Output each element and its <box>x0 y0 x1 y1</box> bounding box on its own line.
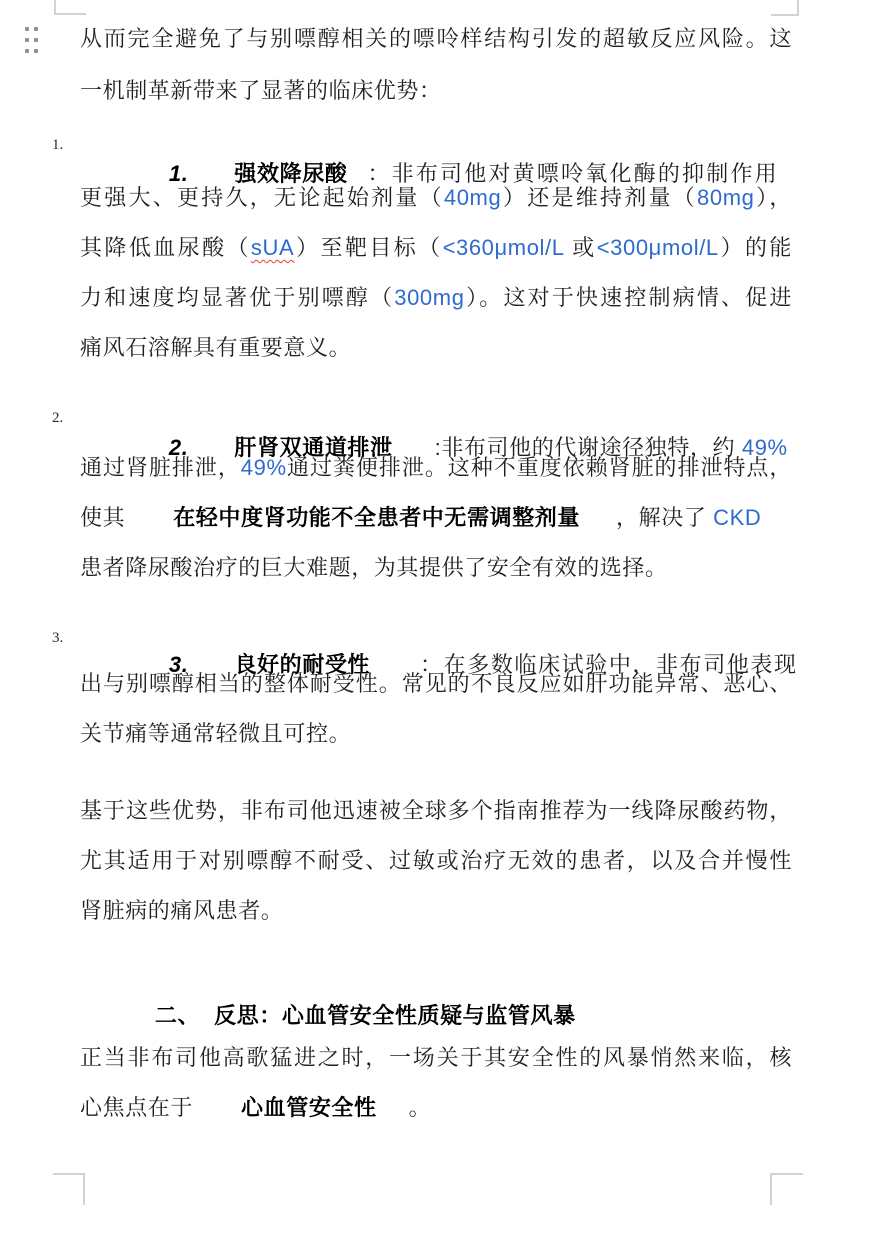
text-run: 从而完全避免了与别嘌醇相关的嘌呤样结构引发的超敏反应风险。这 <box>80 26 792 51</box>
text-run: 更强大、更持久，无论起始剂量（ <box>80 185 444 210</box>
paragraph-line: 患者降尿酸治疗的巨大难题，为其提供了安全有效的选择。 <box>80 553 792 583</box>
text-run: ）， <box>754 185 792 210</box>
tab-gap <box>107 179 169 181</box>
section-heading-number: 二、 <box>155 1003 200 1028</box>
tab-gap <box>377 1113 409 1115</box>
text-run: 基于这些优势，非布司他迅速被全球多个指南推荐为一线降尿酸药物， <box>80 798 792 823</box>
text-run: 。 <box>409 1095 432 1120</box>
paragraph-line: 更强大、更持久，无论起始剂量（40mg）还是维持剂量（80mg）， <box>80 183 792 213</box>
section-heading-text: 反思：心血管安全性质疑与监管风暴 <box>214 1003 576 1028</box>
document-page: 1. 2. 3. 从而完全避免了与别嘌醇相关的嘌呤样结构引发的超敏反应风险。这 … <box>0 0 872 1256</box>
paragraph-line: 使其在轻中度肾功能不全患者中无需调整剂量，解决了 CKD <box>80 503 792 533</box>
margin-corner-mark-bottom-left <box>53 1173 85 1205</box>
list-item-1-heading: 1.强效降尿酸：非布司他对黄嘌呤氧化酶的抑制作用 <box>80 129 792 159</box>
margin-corner-mark-bottom-right <box>770 1173 803 1205</box>
value-text: 40mg <box>444 185 501 210</box>
text-run: 使其 <box>80 505 125 530</box>
text-run: 其降低血尿酸（ <box>80 235 251 260</box>
margin-corner-mark-top-right <box>771 0 799 16</box>
list-item-3-heading: 3.良好的耐受性：在多数临床试验中，非布司他表现 <box>80 620 792 650</box>
text-run: 一机制革新带来了显著的临床优势： <box>80 78 442 103</box>
drag-handle-dot <box>25 27 29 31</box>
value-text: 80mg <box>697 185 754 210</box>
value-text: 300mg <box>394 285 464 310</box>
paragraph-line: 尤其适用于对别嘌醇不耐受、过敏或治疗无效的患者，以及合并慢性 <box>80 846 792 876</box>
tab-gap <box>193 1113 241 1115</box>
paragraph-line: 力和速度均显著优于别嘌醇（300mg）。这对于快速控制病情、促进 <box>80 283 792 313</box>
section-heading: 二、反思：心血管安全性质疑与监管风暴 <box>80 971 792 1001</box>
text-run: ）还是维持剂量（ <box>501 185 697 210</box>
bold-emphasis-text: 心血管安全性 <box>241 1095 377 1120</box>
paragraph-line: 正当非布司他高歌猛进之时，一场关于其安全性的风暴悄然来临，核 <box>80 1043 792 1073</box>
margin-corner-mark-top-left <box>54 0 86 15</box>
text-run: 关节痛等通常轻微且可控。 <box>80 721 351 746</box>
text-run: 正当非布司他高歌猛进之时，一场关于其安全性的风暴悄然来临，核 <box>80 1045 792 1070</box>
list-item-2-heading: 2.肝肾双通道排泄:非布司他的代谢途径独特，约 49% <box>80 403 792 433</box>
tab-gap <box>200 1021 214 1023</box>
margin-list-number-1: 1. <box>52 136 76 154</box>
paragraph-line: 其降低血尿酸（sUA）至靶目标（<360μmol/L 或<300μmol/L）的… <box>80 233 792 263</box>
tab-gap <box>580 523 616 525</box>
margin-list-number-3: 3. <box>52 629 76 647</box>
text-run: 通过粪便排泄。这种不重度依赖肾脏的排泄特点， <box>287 455 792 480</box>
margin-list-number-2: 2. <box>52 409 76 427</box>
value-text: <300μmol/L <box>597 235 719 260</box>
value-text: <360μmol/L <box>443 235 564 260</box>
text-run: 或 <box>564 235 597 260</box>
text-run: 痛风石溶解具有重要意义。 <box>80 335 351 360</box>
drag-handle-dot <box>25 49 29 53</box>
paragraph-line: 通过肾脏排泄，49%通过粪便排泄。这种不重度依赖肾脏的排泄特点， <box>80 453 792 483</box>
tab-gap <box>188 179 234 181</box>
text-run: 心焦点在于 <box>80 1095 193 1120</box>
drag-handle-dot <box>25 38 29 42</box>
text-run: 通过肾脏排泄， <box>80 455 241 480</box>
text-run: 肾脏病的痛风患者。 <box>80 898 283 923</box>
text-run: ）至靶目标（ <box>294 235 442 260</box>
value-text: CKD <box>713 505 761 530</box>
paragraph-line: 从而完全避免了与别嘌醇相关的嘌呤样结构引发的超敏反应风险。这 <box>80 24 792 54</box>
paragraph-line: 基于这些优势，非布司他迅速被全球多个指南推荐为一线降尿酸药物， <box>80 796 792 826</box>
tab-gap <box>347 179 367 181</box>
paragraph-line: 关节痛等通常轻微且可控。 <box>80 719 792 749</box>
bold-emphasis-text: 在轻中度肾功能不全患者中无需调整剂量 <box>173 505 580 530</box>
paragraph-line: 痛风石溶解具有重要意义。 <box>80 333 792 363</box>
drag-handle-icon[interactable] <box>25 27 38 53</box>
paragraph-line: 一机制革新带来了显著的临床优势： <box>80 76 792 106</box>
tab-gap <box>107 1021 155 1023</box>
drag-handle-dot <box>34 27 38 31</box>
tab-gap <box>125 523 173 525</box>
paragraph-line: 出与别嘌醇相当的整体耐受性。常见的不良反应如肝功能异常、恶心、 <box>80 669 792 699</box>
text-run: 尤其适用于对别嘌醇不耐受、过敏或治疗无效的患者，以及合并慢性 <box>80 848 792 873</box>
paragraph-line: 肾脏病的痛风患者。 <box>80 896 792 926</box>
text-run: ）。这对于快速控制病情、促进 <box>465 285 792 310</box>
paragraph-line: 心焦点在于心血管安全性。 <box>80 1093 792 1123</box>
text-run: ）的能 <box>719 235 792 260</box>
value-text: 49% <box>241 455 287 480</box>
text-run: 力和速度均显著优于别嘌醇（ <box>80 285 394 310</box>
text-run: ，解决了 <box>616 505 713 530</box>
misspelled-value-text: sUA <box>251 235 294 260</box>
drag-handle-dot <box>34 38 38 42</box>
drag-handle-dot <box>34 49 38 53</box>
text-run: 出与别嘌醇相当的整体耐受性。常见的不良反应如肝功能异常、恶心、 <box>80 671 792 696</box>
text-run: 患者降尿酸治疗的巨大难题，为其提供了安全有效的选择。 <box>80 555 668 580</box>
